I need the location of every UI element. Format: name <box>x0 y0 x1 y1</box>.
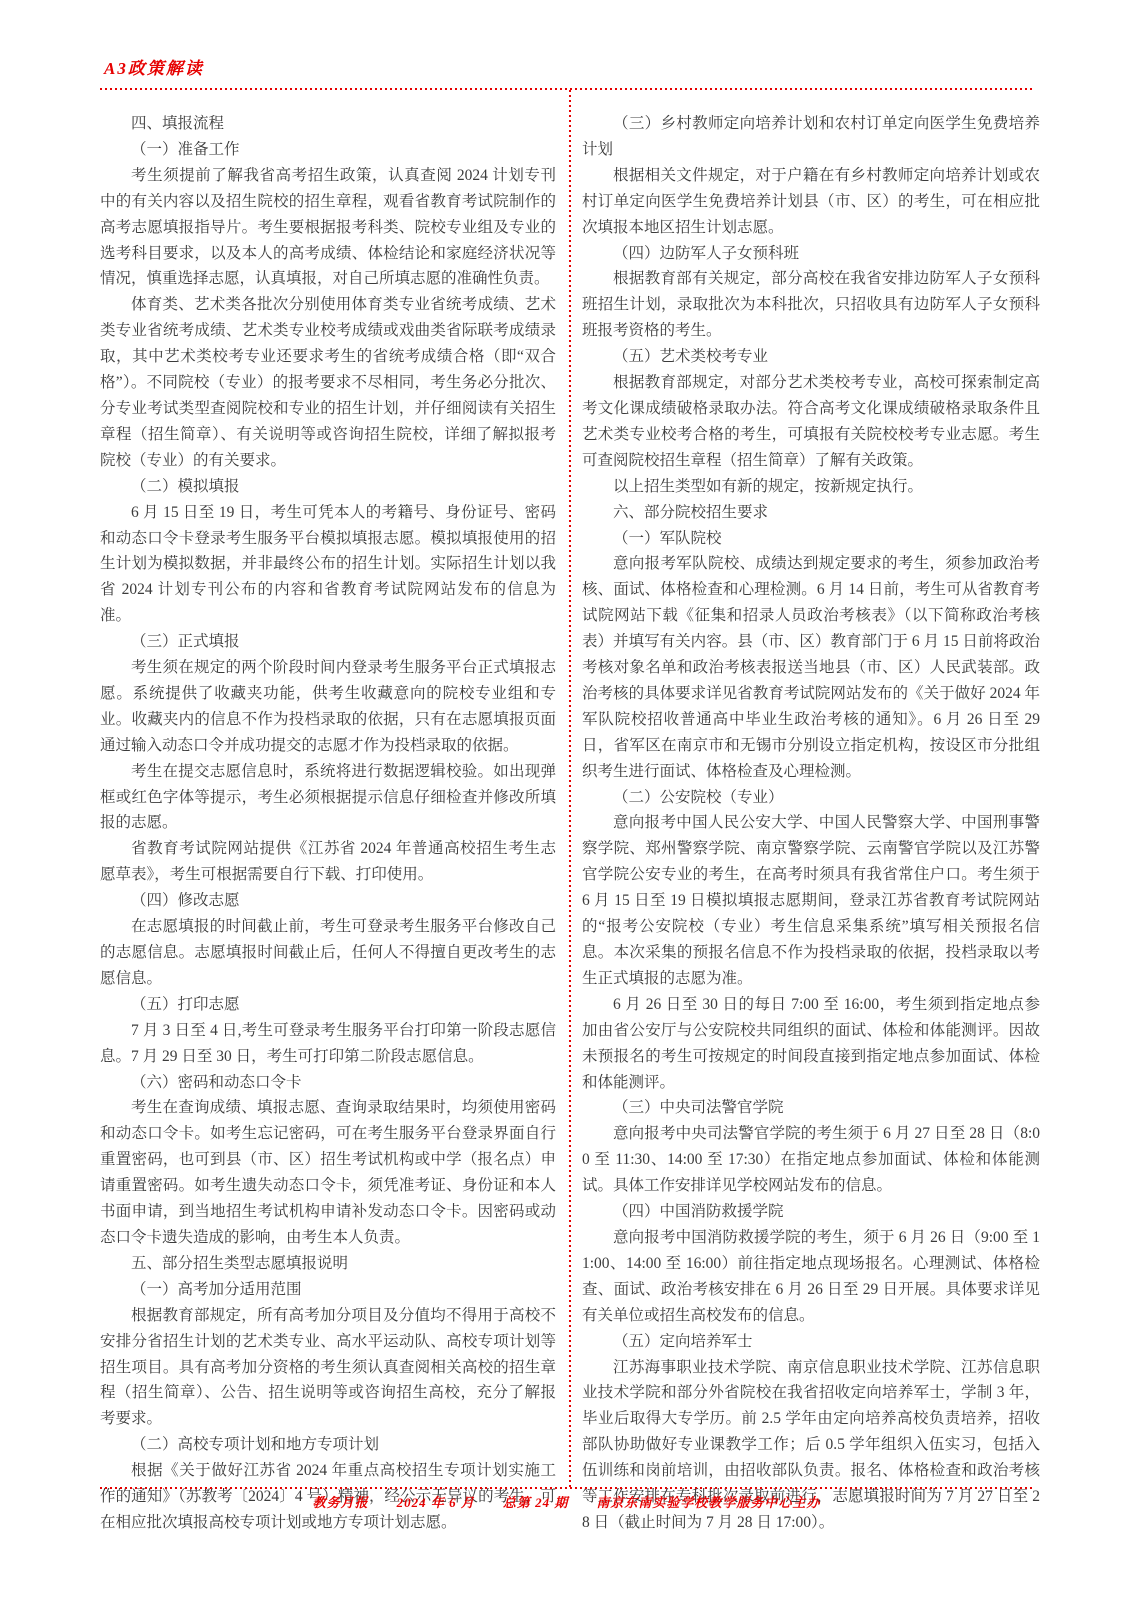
paragraph: 根据相关文件规定，对于户籍在有乡村教师定向培养计划或农村订单定向医学生免费培养计… <box>582 163 1040 241</box>
paragraph: 6 月 15 日至 19 日，考生可凭本人的考籍号、身份证号、密码和动态口令卡登… <box>100 500 556 630</box>
newspaper-page: A3政策解读 四、填报流程（一）准备工作考生须提前了解我省高考招生政策，认真查阅… <box>0 0 1131 1600</box>
footer-publication-info: 教务月报 2024 年 6 月 总第 24 期 南京东南实验学校教学服务中心主办 <box>100 1492 1033 1511</box>
section-heading: （二）公安院校（专业） <box>582 785 1040 811</box>
section-heading: （一）军队院校 <box>582 526 1040 552</box>
bottom-dotted-divider <box>100 1487 1033 1489</box>
section-heading: （四）中国消防救援学院 <box>582 1199 1040 1225</box>
section-heading: （三）正式填报 <box>100 629 556 655</box>
paragraph: 体育类、艺术类各批次分别使用体育类专业省统考成绩、艺术类专业省统考成绩、艺术类专… <box>100 292 556 473</box>
paragraph: 意向报考中国人民公安大学、中国人民警察大学、中国刑事警察学院、郑州警察学院、南京… <box>582 810 1040 991</box>
paragraph: 考生须在规定的两个阶段时间内登录考生服务平台正式填报志愿。系统提供了收藏夹功能，… <box>100 655 556 759</box>
section-heading: （五）打印志愿 <box>100 992 556 1018</box>
paragraph: 考生须提前了解我省高考招生政策，认真查阅 2024 计划专刊中的有关内容以及招生… <box>100 163 556 293</box>
section-heading: （五）艺术类校考专业 <box>582 344 1040 370</box>
paragraph: 根据教育部规定，对部分艺术类校考专业，高校可探索制定高考文化课成绩破格录取办法。… <box>582 370 1040 474</box>
section-heading: （三）中央司法警官学院 <box>582 1095 1040 1121</box>
section-heading: （六）密码和动态口令卡 <box>100 1070 556 1096</box>
section-heading: 五、部分招生类型志愿填报说明 <box>100 1251 556 1277</box>
section-heading: （四）修改志愿 <box>100 888 556 914</box>
column-dotted-divider <box>569 90 571 1487</box>
paragraph: 7 月 3 日至 4 日,考生可登录考生服务平台打印第一阶段志愿信息。7 月 2… <box>100 1018 556 1070</box>
paragraph: 考生在查询成绩、填报志愿、查询录取结果时，均须使用密码和动态口令卡。如考生忘记密… <box>100 1095 556 1250</box>
top-dotted-divider <box>100 88 1033 90</box>
paragraph: 省教育考试院网站提供《江苏省 2024 年普通高校招生考生志愿草表》，考生可根据… <box>100 836 556 888</box>
section-heading: （三）乡村教师定向培养计划和农村订单定向医学生免费培养计划 <box>582 111 1040 163</box>
section-heading: （四）边防军人子女预科班 <box>582 241 1040 267</box>
section-heading: （二）高校专项计划和地方专项计划 <box>100 1432 556 1458</box>
left-text-column: 四、填报流程（一）准备工作考生须提前了解我省高考招生政策，认真查阅 2024 计… <box>100 111 556 1536</box>
paragraph: 意向报考军队院校、成绩达到规定要求的考生，须参加政治考核、面试、体格检查和心理检… <box>582 551 1040 784</box>
section-heading: （一）高考加分适用范围 <box>100 1277 556 1303</box>
paragraph: 考生在提交志愿信息时，系统将进行数据逻辑校验。如出现弹框或红色字体等提示，考生必… <box>100 759 556 837</box>
page-section-title: A3政策解读 <box>104 54 204 79</box>
paragraph: 6 月 26 日至 30 日的每日 7:00 至 16:00，考生须到指定地点参… <box>582 992 1040 1096</box>
paragraph: 在志愿填报的时间截止前，考生可登录考生服务平台修改自己的志愿信息。志愿填报时间截… <box>100 914 556 992</box>
section-heading: 六、部分院校招生要求 <box>582 500 1040 526</box>
paragraph: 以上招生类型如有新的规定，按新规定执行。 <box>582 474 1040 500</box>
right-text-column: （三）乡村教师定向培养计划和农村订单定向医学生免费培养计划根据相关文件规定，对于… <box>582 111 1040 1536</box>
section-heading: （一）准备工作 <box>100 137 556 163</box>
paragraph: 根据教育部规定，所有高考加分项目及分值均不得用于高校不安排分省招生计划的艺术类专… <box>100 1303 556 1433</box>
section-heading: （二）模拟填报 <box>100 474 556 500</box>
paragraph: 意向报考中央司法警官学院的考生须于 6 月 27 日至 28 日（8:00 至 … <box>582 1121 1040 1199</box>
paragraph: 意向报考中国消防救援学院的考生，须于 6 月 26 日（9:00 至 11:00… <box>582 1225 1040 1329</box>
section-heading: （五）定向培养军士 <box>582 1329 1040 1355</box>
section-heading: 四、填报流程 <box>100 111 556 137</box>
paragraph: 根据教育部有关规定，部分高校在我省安排边防军人子女预科班招生计划，录取批次为本科… <box>582 266 1040 344</box>
